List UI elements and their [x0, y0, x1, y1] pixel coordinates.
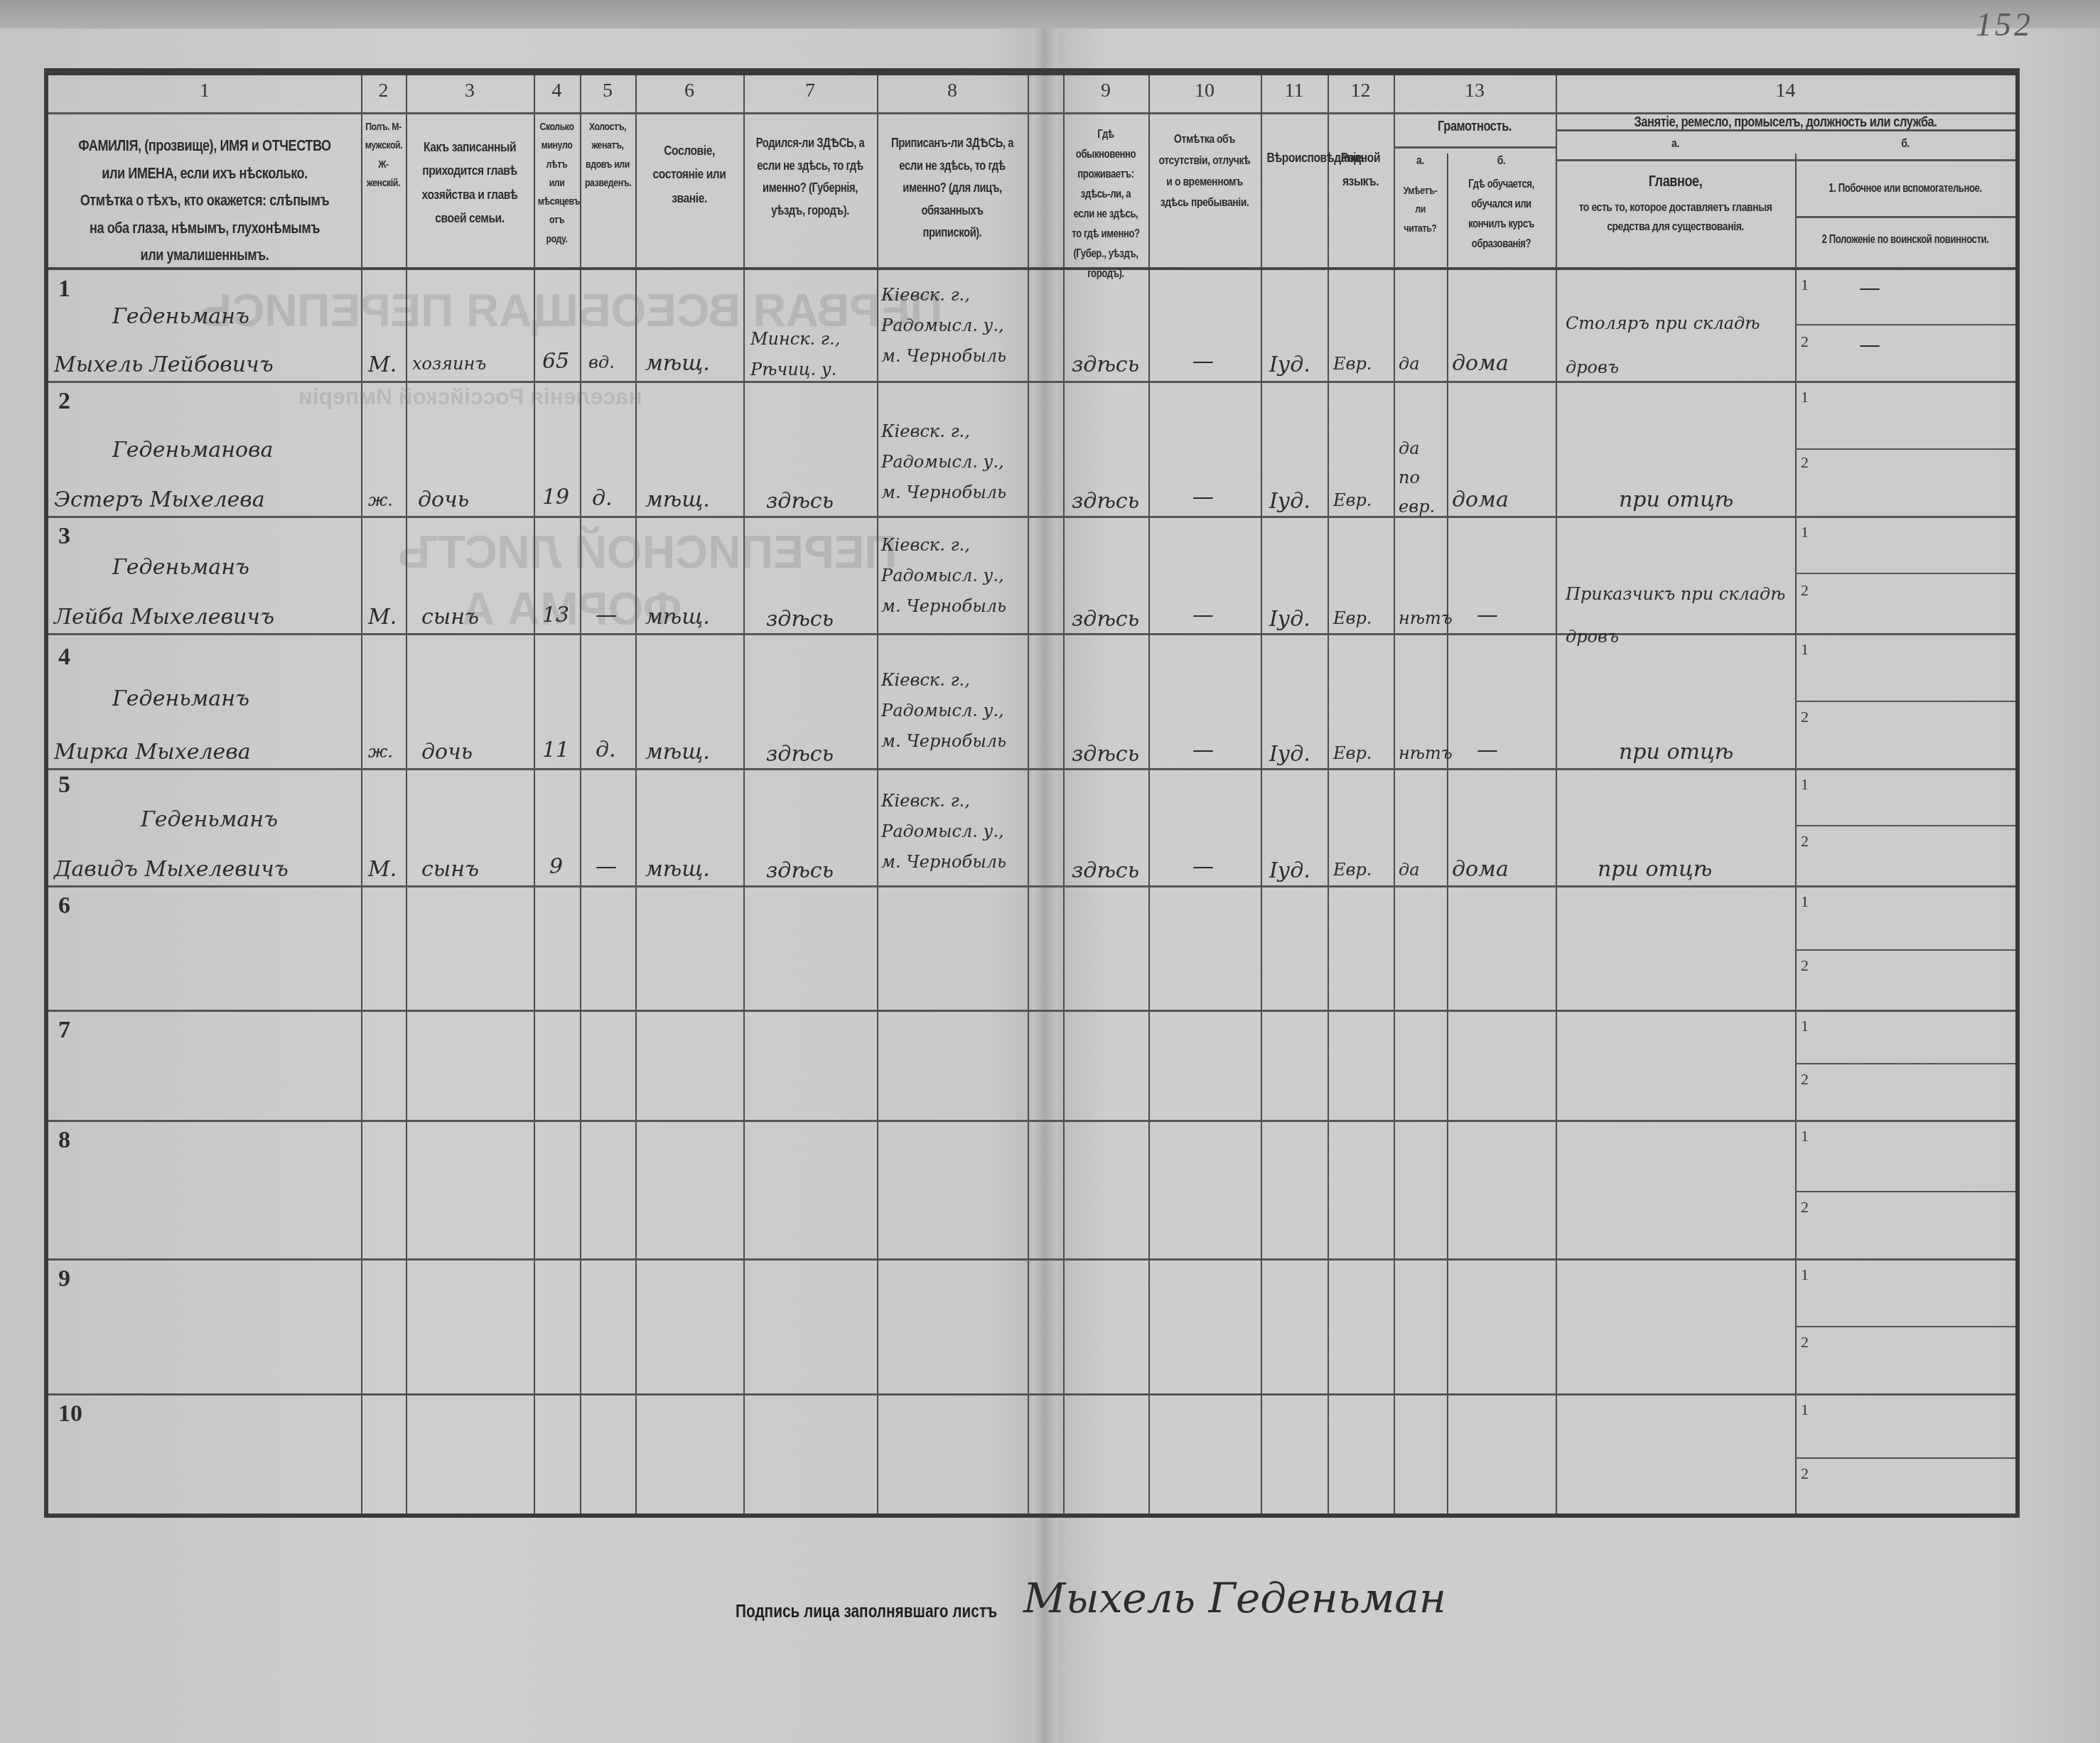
residence: здѣсь: [1072, 489, 1139, 514]
relation: хозяинъ: [412, 354, 486, 374]
sub-row-label: 1: [1801, 1127, 1809, 1145]
schooling: дома: [1452, 351, 1509, 376]
sub-row-label: 2: [1801, 333, 1809, 351]
given-name: Эстеръ Мыхелева: [54, 487, 265, 512]
column-header-religion: Вѣроисповѣданіе.: [1266, 146, 1321, 170]
sex: ж.: [368, 490, 393, 510]
occupation-main-title: Главное,: [1577, 172, 1773, 190]
relation: сынъ: [421, 857, 479, 882]
occupation-main-header: то есть то, которое доставляетъ главныя …: [1577, 198, 1773, 236]
birthplace: Минск. г., Рѣчиц. у.: [750, 324, 871, 385]
can-read: нѣтъ: [1399, 608, 1453, 628]
column-number-2: 2: [361, 80, 406, 114]
sub-row-label: 2: [1801, 581, 1809, 600]
estate: мѣщ.: [645, 740, 710, 765]
religion: Іуд.: [1269, 607, 1310, 632]
marital-status: д.: [592, 486, 613, 511]
relation: сынъ: [421, 605, 479, 630]
row-number-7: 7: [58, 1017, 70, 1044]
given-name: Мирка Мыхелева: [54, 740, 251, 765]
absence-mark: —: [1192, 349, 1214, 374]
birthplace: здѣсь: [766, 742, 834, 767]
row-number-10: 10: [58, 1401, 82, 1428]
column-number-13: 13: [1394, 80, 1556, 114]
literacy-sub-a-label: а.: [1399, 150, 1443, 171]
estate: мѣщ.: [645, 857, 710, 882]
sub-row-label: 2: [1801, 1464, 1809, 1483]
registered-place: Кіевск. г., Радомысл. у., м. Чернобыль: [881, 416, 1023, 509]
sex: М.: [368, 857, 397, 882]
marital-status: —: [596, 603, 617, 627]
sub-row-label: 2: [1801, 832, 1809, 851]
religion: Іуд.: [1269, 352, 1310, 377]
military-status-header: 2 Положеніе по воинской повинности.: [1815, 233, 1996, 247]
native-language: Евр.: [1333, 608, 1372, 628]
native-language: Евр.: [1333, 860, 1372, 880]
marital-status: д.: [596, 738, 616, 762]
registered-place: Кіевск. г., Радомысл. у., м. Чернобыль: [881, 786, 1023, 878]
row-number-9: 9: [58, 1266, 70, 1293]
sex: М.: [368, 605, 397, 630]
sub-row-label: 2: [1801, 453, 1809, 472]
column-header-occupation: Занятіе, ремесло, промыселъ, должность и…: [1597, 114, 1974, 131]
row-number-8: 8: [58, 1127, 70, 1154]
religion: Іуд.: [1269, 858, 1310, 883]
sub-row-label: 1: [1801, 640, 1809, 659]
relation: дочь: [421, 740, 473, 765]
occupation-main: при отцѣ: [1598, 857, 1712, 882]
can-read: да: [1399, 860, 1420, 880]
age: 13: [542, 603, 569, 627]
sub-row-label: 1: [1801, 1401, 1809, 1419]
given-name: Давидъ Мыхелевичъ: [54, 857, 289, 882]
column-header-estate: Сословіе, состояніе или званіе.: [645, 139, 734, 210]
surname: Геденьманова: [112, 438, 273, 463]
absence-mark: —: [1192, 603, 1214, 627]
marital-status: —: [596, 854, 617, 879]
estate: мѣщ.: [645, 605, 710, 630]
occupation-side: —: [1859, 276, 1880, 301]
age: 19: [542, 485, 569, 509]
absence-mark: —: [1192, 738, 1214, 762]
column-number-6: 6: [635, 80, 743, 114]
column-number-1: 1: [48, 80, 361, 114]
birthplace: здѣсь: [766, 858, 834, 883]
occupation-main: Столяръ при складѣ дровъ: [1566, 301, 1793, 390]
absence-mark: —: [1192, 854, 1214, 879]
schooling: —: [1477, 738, 1498, 762]
residence: здѣсь: [1072, 352, 1139, 377]
residence: здѣсь: [1072, 742, 1139, 767]
literacy-sub-b-label: б.: [1457, 150, 1546, 171]
birthplace: здѣсь: [766, 607, 834, 632]
column-header-residence: Гдѣ обыкновенно проживаетъ: здѣсь-ли, а …: [1071, 125, 1141, 284]
column-number-5: 5: [580, 80, 635, 114]
literacy-schooling-header: Гдѣ обучается, обучался или кончилъ курс…: [1457, 175, 1546, 254]
occupation-side-header: 1. Побочное или вспомогательное.: [1815, 182, 1996, 195]
column-header-literacy: Грамотность.: [1409, 117, 1541, 136]
age: 65: [542, 349, 569, 374]
column-number-12: 12: [1328, 80, 1394, 114]
can-read: да по евр.: [1399, 434, 1441, 521]
given-name: Лейба Мыхелевичъ: [54, 605, 274, 630]
residence: здѣсь: [1072, 858, 1139, 883]
estate: мѣщ.: [645, 351, 710, 376]
surname: Геденьманъ: [112, 555, 249, 580]
can-read: да: [1399, 354, 1420, 374]
row-number-2: 2: [58, 388, 70, 415]
sub-row-label: 2: [1801, 1333, 1809, 1351]
literacy-can-read-header: Умѣетъ-ли читать?: [1399, 182, 1443, 238]
sub-row-label: 1: [1801, 775, 1809, 794]
occupation-sub-a-label: а.: [1577, 136, 1773, 151]
schooling: дома: [1452, 857, 1509, 882]
signature: Мыхель Геденьман: [1023, 1574, 1446, 1622]
column-header-sex: Полъ. М-мужской. Ж-женскій.: [365, 118, 402, 193]
sex: ж.: [368, 742, 393, 762]
sub-row-label: 2: [1801, 956, 1809, 975]
schooling: дома: [1452, 487, 1509, 512]
registered-place: Кіевск. г., Радомысл. у., м. Чернобыль: [881, 665, 1023, 757]
column-header-birthplace: Родился-ли ЗДѢСЬ, а если не здѣсь, то гд…: [755, 132, 865, 222]
sub-row-label: 1: [1801, 276, 1809, 294]
estate: мѣщ.: [645, 487, 710, 512]
column-header-relation: Какъ записанный приходится главѣ хозяйст…: [417, 136, 522, 230]
native-language: Евр.: [1333, 743, 1372, 763]
census-form-table: 1 2 3 4 5 6 7 8 9 10 11 12 13 14 ФАМИЛІЯ…: [44, 68, 2020, 1518]
column-number-10: 10: [1148, 80, 1261, 114]
row-number-6: 6: [58, 892, 70, 919]
column-header-name: ФАМИЛІЯ, (прозвище), ИМЯ и ОТЧЕСТВО или …: [77, 132, 333, 269]
sub-row-label: 1: [1801, 1266, 1809, 1284]
registered-place: Кіевск. г., Радомысл. у., м. Чернобыль: [881, 530, 1023, 622]
native-language: Евр.: [1333, 490, 1372, 510]
schooling: —: [1477, 603, 1498, 627]
column-number-7: 7: [743, 80, 877, 114]
column-header-age: Сколько минуло лѣтъ или мѣсяцевъ отъ род…: [538, 118, 576, 249]
sub-row-label: 1: [1801, 388, 1809, 406]
age: 9: [549, 854, 563, 879]
relation: дочь: [418, 487, 469, 512]
row-number-5: 5: [58, 772, 70, 799]
column-header-absence: Отмѣтка объ отсутствіи, отлучкѣ и о врем…: [1158, 129, 1251, 213]
marital-status: вд.: [588, 352, 615, 372]
registered-place: Кіевск. г., Радомысл. у., м. Чернобыль: [881, 280, 1023, 372]
signature-label: Подпись лица заполнявшаго листъ: [736, 1600, 997, 1622]
sex: М.: [368, 352, 397, 377]
residence: здѣсь: [1072, 607, 1139, 632]
row-number-3: 3: [58, 523, 70, 550]
column-number-14: 14: [1556, 80, 2015, 114]
native-language: Евр.: [1333, 354, 1372, 374]
sub-row-label: 2: [1801, 1198, 1809, 1216]
column-number-9: 9: [1063, 80, 1148, 114]
column-number-11: 11: [1261, 80, 1328, 114]
column-header-language: Родной языкъ.: [1333, 146, 1387, 194]
sub-row-label: 1: [1801, 1017, 1809, 1035]
sub-row-label: 1: [1801, 523, 1809, 541]
sub-row-label: 2: [1801, 1070, 1809, 1089]
row-number-4: 4: [58, 644, 70, 671]
column-number-3: 3: [406, 80, 534, 114]
sub-row-label: 1: [1801, 892, 1809, 911]
surname: Геденьманъ: [141, 807, 278, 832]
religion: Іуд.: [1269, 489, 1310, 514]
surname: Геденьманъ: [112, 686, 249, 711]
given-name: Мыхель Лейбовичъ: [54, 352, 274, 377]
column-number-8: 8: [877, 80, 1028, 114]
column-number-4: 4: [534, 80, 580, 114]
occupation-main: при отцѣ: [1619, 487, 1733, 512]
surname: Геденьманъ: [112, 304, 249, 329]
sub-row-label: 2: [1801, 708, 1809, 726]
can-read: нѣтъ: [1399, 743, 1453, 763]
occupation-main: Приказчикъ при складѣ дровъ: [1566, 573, 1793, 658]
absence-mark: —: [1192, 485, 1214, 509]
folio-number: 152: [1976, 6, 2033, 43]
row-number-1: 1: [58, 276, 70, 303]
column-header-marital: Холостъ, женатъ, вдовъ или разведенъ.: [585, 118, 630, 193]
occupation-main: при отцѣ: [1619, 740, 1733, 765]
age: 11: [542, 738, 569, 762]
occupation-sub-b-label: б.: [1815, 136, 1996, 151]
column-header-registered: Приписанъ-ли ЗДѢСЬ, а если не здѣсь, то …: [890, 132, 1014, 244]
census-sheet: ПЕРВАЯ ВСЕОБЩАЯ ПЕРЕПИСЬ населенія Россі…: [0, 0, 2100, 1743]
religion: Іуд.: [1269, 742, 1310, 767]
military-status: —: [1859, 333, 1880, 357]
birthplace: здѣсь: [766, 489, 834, 514]
